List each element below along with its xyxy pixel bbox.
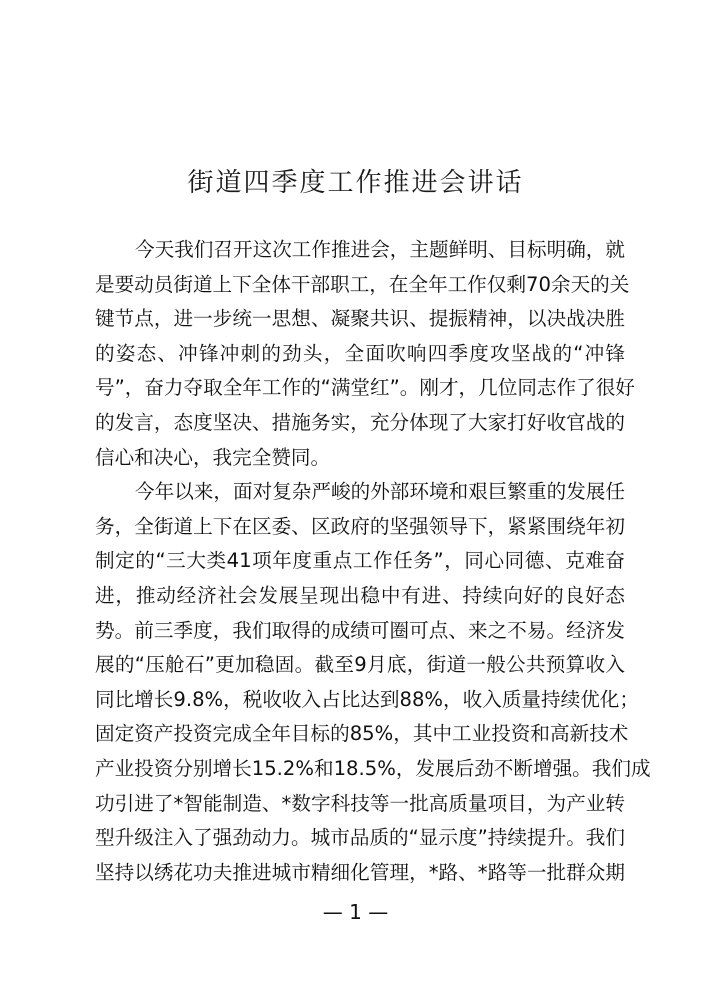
paragraph-1-line-4: 的姿态、冲锋冲刺的劲头，全面吹响四季度攻坚战的“冲锋 <box>95 337 625 372</box>
paragraph-2-line-7: 同比增长9.8%，税收收入占比达到88%，收入质量持续优化； <box>95 683 625 718</box>
paragraph-1-line-7: 信心和决心，我完全赞同。 <box>95 441 625 476</box>
paragraph-1-line-2: 是要动员街道上下全体干部职工，在全年工作仅剩70余天的关 <box>95 268 625 303</box>
paragraph-2-line-6: 展的“压舱石”更加稳固。截至9月底，街道一般公共预算收入 <box>95 648 625 683</box>
paragraph-2-line-1: 今年以来，面对复杂严峻的外部环境和艰巨繁重的发展任 <box>95 475 625 510</box>
document-title: 街道四季度工作推进会讲话 <box>0 162 711 199</box>
paragraph-2-line-5: 势。前三季度，我们取得的成绩可圈可点、来之不易。经济发 <box>95 614 625 649</box>
document-body: 今天我们召开这次工作推进会，主题鲜明、目标明确，就 是要动员街道上下全体干部职工… <box>95 233 625 890</box>
paragraph-2-line-2: 务，全街道上下在区委、区政府的坚强领导下，紧紧围绕年初 <box>95 510 625 545</box>
paragraph-2-line-8: 固定资产投资完成全年目标的85%，其中工业投资和高新技术 <box>95 717 625 752</box>
paragraph-2-line-12: 坚持以绣花功夫推进城市精细化管理，*路、*路等一批群众期 <box>95 856 625 891</box>
paragraph-1-line-3: 键节点，进一步统一思想、凝聚共识、提振精神，以决战决胜 <box>95 302 625 337</box>
paragraph-2-line-3: 制定的“三大类41项年度重点工作任务”，同心同德、克难奋 <box>95 544 625 579</box>
paragraph-1-line-1: 今天我们召开这次工作推进会，主题鲜明、目标明确，就 <box>95 233 625 268</box>
paragraph-2-line-4: 进，推动经济社会发展呈现出稳中有进、持续向好的良好态 <box>95 579 625 614</box>
paragraph-1-line-5: 号”，奋力夺取全年工作的“满堂红”。刚才，几位同志作了很好 <box>95 371 625 406</box>
page-number: — 1 — <box>0 900 711 924</box>
paragraph-1-line-6: 的发言，态度坚决、措施务实，充分体现了大家打好收官战的 <box>95 406 625 441</box>
document-page: 街道四季度工作推进会讲话 今天我们召开这次工作推进会，主题鲜明、目标明确，就 是… <box>0 0 711 1006</box>
paragraph-2-line-10: 功引进了*智能制造、*数字科技等一批高质量项目，为产业转 <box>95 787 625 822</box>
paragraph-2-line-11: 型升级注入了强劲动力。城市品质的“显示度”持续提升。我们 <box>95 821 625 856</box>
paragraph-2-line-9: 产业投资分别增长15.2%和18.5%，发展后劲不断增强。我们成 <box>95 752 625 787</box>
